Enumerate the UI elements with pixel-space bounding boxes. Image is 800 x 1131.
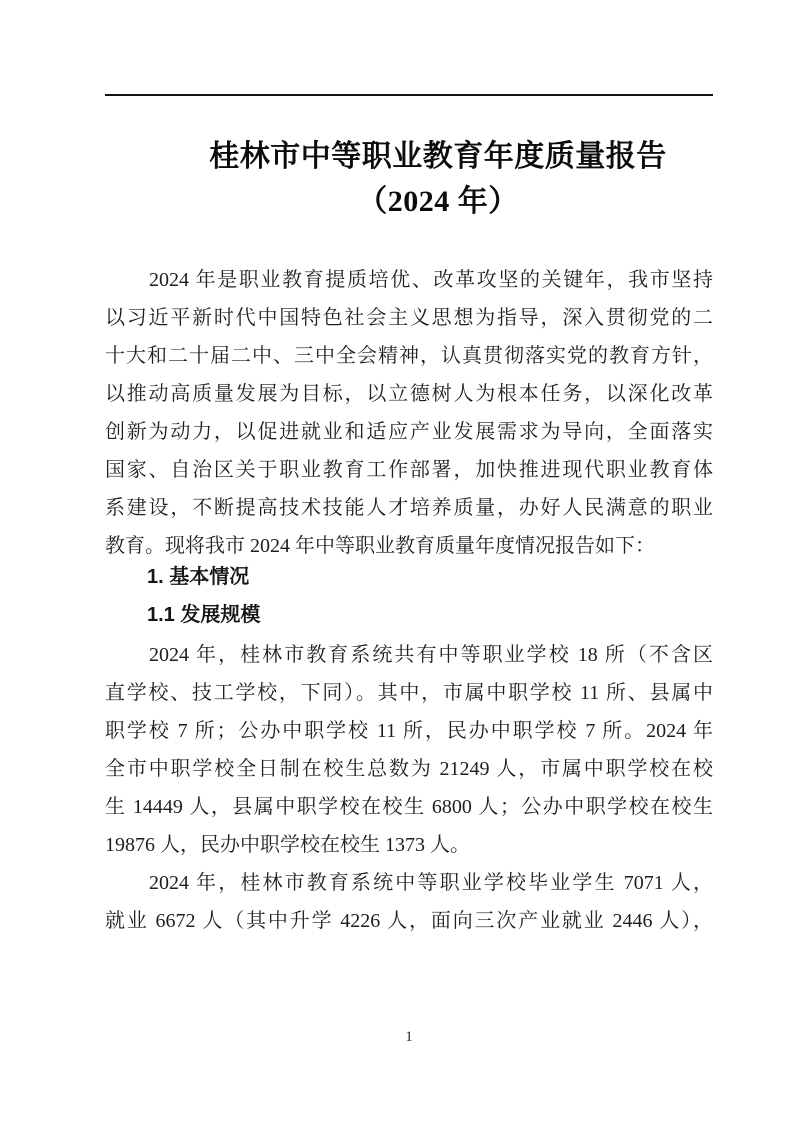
employment-paragraph: 2024 年，桂林市教育系统中等职业学校毕业学生 7071 人， 就业 6672… [105, 864, 713, 940]
paragraph-line: 创新为动力，以促进就业和适应产业发展需求为导向，全面落实 [105, 413, 713, 451]
paragraph-line: 2024 年，桂林市教育系统共有中等职业学校 18 所（不含区 [105, 636, 713, 674]
paragraph-line: 十大和二十届二中、三中全会精神，认真贯彻落实党的教育方针， [105, 337, 713, 375]
document-page: 桂林市中等职业教育年度质量报告 （2024 年） 2024 年是职业教育提质培优… [0, 0, 800, 1131]
paragraph-line: 直学校、技工学校，下同）。其中，市属中职学校 11 所、县属中 [105, 674, 713, 712]
paragraph-line: 全市中职学校全日制在校生总数为 21249 人，市属中职学校在校 [105, 750, 713, 788]
header-rule [105, 94, 713, 96]
paragraph-line: 19876 人，民办中职学校在校生 1373 人。 [105, 826, 713, 864]
paragraph-line: 以习近平新时代中国特色社会主义思想为指导，深入贯彻党的二 [105, 299, 713, 337]
report-title-line2: （2024 年） [163, 179, 713, 224]
paragraph-line: 生 14449 人，县属中职学校在校生 6800 人；公办中职学校在校生 [105, 788, 713, 826]
paragraph-line: 系建设，不断提高技术技能人才培养质量，办好人民满意的职业 [105, 489, 713, 527]
intro-paragraph: 2024 年是职业教育提质培优、改革攻坚的关键年，我市坚持 以习近平新时代中国特… [105, 261, 713, 565]
paragraph-line: 以推动高质量发展为目标，以立德树人为根本任务，以深化改革 [105, 375, 713, 413]
report-title-line1: 桂林市中等职业教育年度质量报告 [163, 134, 713, 179]
scale-paragraph: 2024 年，桂林市教育系统共有中等职业学校 18 所（不含区 直学校、技工学校… [105, 636, 713, 864]
paragraph-line: 2024 年是职业教育提质培优、改革攻坚的关键年，我市坚持 [105, 261, 713, 299]
page-number: 1 [105, 1029, 713, 1046]
paragraph-line: 国家、自治区关于职业教育工作部署，加快推进现代职业教育体 [105, 451, 713, 489]
section-heading-basic-situation: 1. 基本情况 [105, 558, 713, 596]
paragraph-line: 就业 6672 人（其中升学 4226 人，面向三次产业就业 2446 人）， [105, 902, 713, 940]
paragraph-line: 2024 年，桂林市教育系统中等职业学校毕业学生 7071 人， [105, 864, 713, 902]
paragraph-line: 职学校 7 所；公办中职学校 11 所，民办中职学校 7 所。2024 年 [105, 712, 713, 750]
report-title: 桂林市中等职业教育年度质量报告 （2024 年） [105, 134, 713, 224]
section-heading-development-scale: 1.1 发展规模 [105, 596, 713, 634]
